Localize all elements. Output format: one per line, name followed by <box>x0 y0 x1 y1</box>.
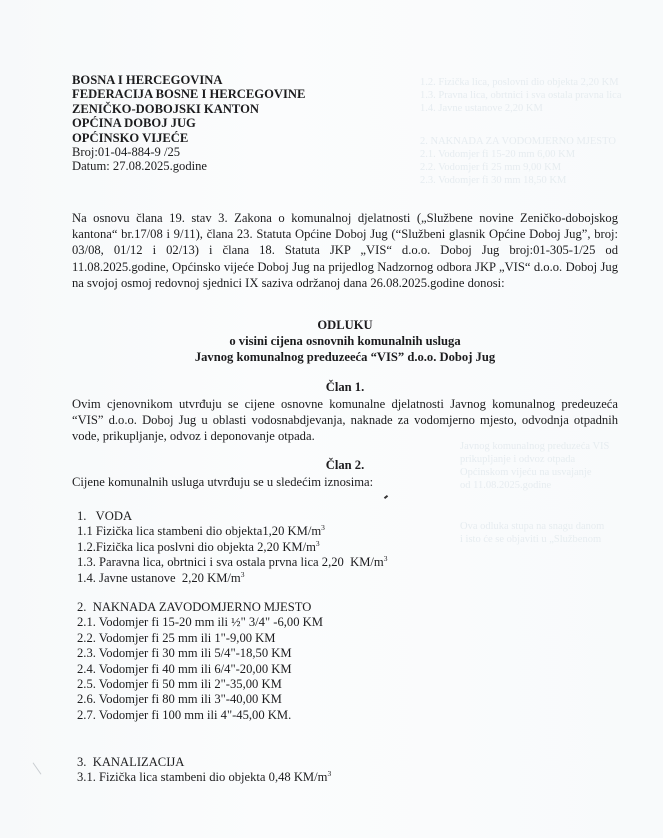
bleed-through-text: 2.3. Vodomjer fi 30 mm 18,50 KM <box>420 174 566 187</box>
header-line-canton: ZENIČKO-DOBOJSKI KANTON <box>72 102 305 116</box>
unit-exponent: 3 <box>316 539 320 548</box>
price-item-text: 1.1 Fizička lica stambeni dio objekta1,2… <box>77 524 321 538</box>
section-heading: 1. VODA <box>77 509 387 524</box>
price-item: 2.4. Vodomjer fi 40 mm ili 6/4"-20,00 KM <box>77 662 323 677</box>
price-item-text: 2.3. Vodomjer fi 30 mm ili 5/4"-18,50 KM <box>77 646 292 660</box>
price-item-text: 2.2. Vodomjer fi 25 mm ili 1"-9,00 KM <box>77 631 275 645</box>
header-line-federation: FEDERACIJA BOSNE I HERCEGOVINE <box>72 87 305 101</box>
unit-exponent: 3 <box>327 769 331 778</box>
section-heading: 3. KANALIZACIJA <box>77 755 331 770</box>
price-item: 2.7. Vodomjer fi 100 mm ili 4"-45,00 KM. <box>77 708 323 723</box>
price-item: 1.1 Fizička lica stambeni dio objekta1,2… <box>77 524 387 539</box>
price-item-text: 3.1. Fizička lica stambeni dio objekta 0… <box>77 770 327 784</box>
price-item-text: 2.7. Vodomjer fi 100 mm ili 4"-45,00 KM. <box>77 708 291 722</box>
price-item: 2.2. Vodomjer fi 25 mm ili 1"-9,00 KM <box>77 631 323 646</box>
document-page: 1.2. Fizička lica, poslovni dio objekta … <box>0 0 663 838</box>
preamble-paragraph: Na osnovu člana 19. stav 3. Zakona o kom… <box>72 210 618 291</box>
price-item: 2.5. Vodomjer fi 50 mm ili 2"-35,00 KM <box>77 677 323 692</box>
price-item: 2.1. Vodomjer fi 15-20 mm ili ½" 3/4" -6… <box>77 615 323 630</box>
header-line-council: OPĆINSKO VIJEĆE <box>72 131 305 145</box>
price-item-text: 2.4. Vodomjer fi 40 mm ili 6/4"-20,00 KM <box>77 662 292 676</box>
unit-exponent: 3 <box>384 554 388 563</box>
section-sewerage: 3. KANALIZACIJA3.1. Fizička lica stamben… <box>77 755 331 786</box>
pen-mark <box>384 495 388 499</box>
bleed-through-text: 1.2. Fizička lica, poslovni dio objekta … <box>420 76 619 89</box>
section-heading: 2. NAKNADA ZAVODOMJERNO MJESTO <box>77 600 323 615</box>
price-item-text: 2.1. Vodomjer fi 15-20 mm ili ½" 3/4" -6… <box>77 615 323 629</box>
bleed-through-text: 2.2. Vodomjer fi 25 mm 9,00 KM <box>420 161 561 174</box>
bleed-through-text: 2.1. Vodomjer fi 15-20 mm 6,00 KM <box>420 148 575 161</box>
price-item-text: 2.5. Vodomjer fi 50 mm ili 2"-35,00 KM <box>77 677 282 691</box>
article-2-text: Cijene komunalnih usluga utvrđuju se u s… <box>72 474 618 490</box>
price-item: 1.4. Javne ustanove 2,20 KM/m3 <box>77 571 387 586</box>
bleed-through-text: Ova odluka stupa na snagu danom <box>460 520 604 533</box>
bleed-through-text: 1.3. Pravna lica, obrtnici i sva ostala … <box>420 89 621 102</box>
article-1-heading: Član 1. <box>72 380 618 395</box>
decision-title-company: Javnog komunalnog preduzeeća “VIS” d.o.o… <box>72 349 618 365</box>
decision-title-main: ODLUKU <box>72 317 618 333</box>
article-1-text: Ovim cjenovnikom utvrđuju se cijene osno… <box>72 396 618 444</box>
price-item: 2.3. Vodomjer fi 30 mm ili 5/4"-18,50 KM <box>77 646 323 661</box>
decision-title-subject: o visini cijena osnovnih komunalnih uslu… <box>72 333 618 349</box>
price-item-text: 1.2.Fizička lica poslvni dio objekta 2,2… <box>77 540 316 554</box>
document-number: Broj:01-04-884-9 /25 <box>72 145 305 159</box>
bleed-through-text: 1.4. Javne ustanove 2,20 KM <box>420 102 543 115</box>
bleed-through-text: i isto će se objaviti u „Službenom <box>460 533 601 546</box>
document-date: Datum: 27.08.2025.godine <box>72 159 305 173</box>
unit-exponent: 3 <box>241 570 245 579</box>
price-item: 1.2.Fizička lica poslvni dio objekta 2,2… <box>77 540 387 555</box>
section-meter-fee: 2. NAKNADA ZAVODOMJERNO MJESTO2.1. Vodom… <box>77 600 323 723</box>
price-item: 1.3. Paravna lica, obrtnici i sva ostala… <box>77 555 387 570</box>
price-item-text: 1.3. Paravna lica, obrtnici i sva ostala… <box>77 555 384 569</box>
price-item: 2.6. Vodomjer fi 80 mm ili 3"-40,00 KM <box>77 692 323 707</box>
document-header: BOSNA I HERCEGOVINA FEDERACIJA BOSNE I H… <box>72 73 305 174</box>
unit-exponent: 3 <box>321 523 325 532</box>
section-water: 1. VODA1.1 Fizička lica stambeni dio obj… <box>77 509 387 586</box>
bleed-through-text: 2. NAKNADA ZA VODOMJERNO MJESTO <box>420 135 616 148</box>
header-line-country: BOSNA I HERCEGOVINA <box>72 73 305 87</box>
price-item-text: 1.4. Javne ustanove 2,20 KM/m <box>77 571 241 585</box>
price-item: 3.1. Fizička lica stambeni dio objekta 0… <box>77 770 331 785</box>
price-item-text: 2.6. Vodomjer fi 80 mm ili 3"-40,00 KM <box>77 692 282 706</box>
decision-title: ODLUKU o visini cijena osnovnih komunaln… <box>72 317 618 365</box>
article-2-heading: Član 2. <box>72 458 618 473</box>
paper-scratch <box>33 762 42 774</box>
header-line-municipality: OPĆINA DOBOJ JUG <box>72 116 305 130</box>
